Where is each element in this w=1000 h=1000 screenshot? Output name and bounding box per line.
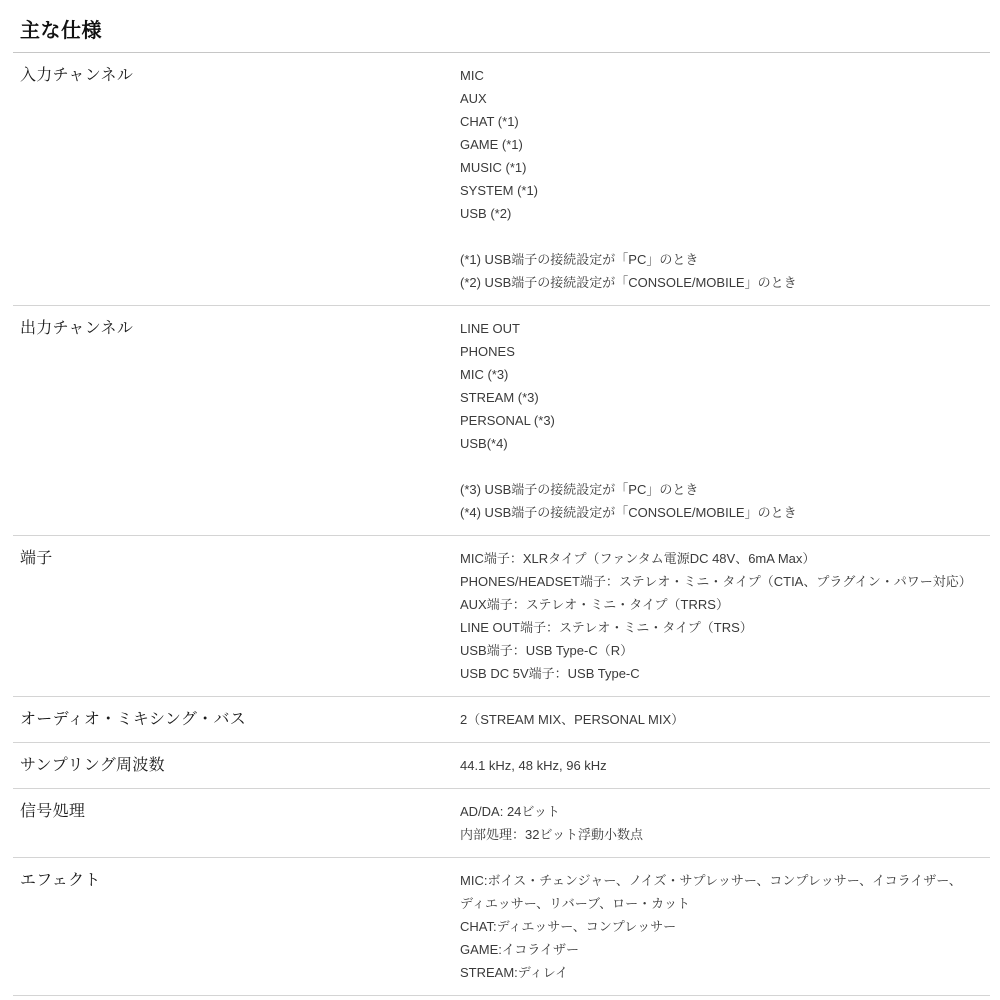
spec-table-row: エフェクト MIC:ボイス・チェンジャー、ノイズ・サプレッサー、コンプレッサー、… (13, 858, 990, 996)
spec-table: 入力チャンネル MICAUXCHAT (*1)GAME (*1)MUSIC (*… (13, 53, 990, 996)
page-title: 主な仕様 (13, 0, 990, 52)
spec-value-line: (*4) USB端子の接続設定が「CONSOLE/MOBILE」のとき (460, 501, 972, 524)
spec-table-row: 入力チャンネル MICAUXCHAT (*1)GAME (*1)MUSIC (*… (13, 53, 990, 306)
spec-table-row: オーディオ・ミキシング・バス 2（STREAM MIX、PERSONAL MIX… (13, 697, 990, 743)
spec-row-values: LINE OUTPHONESMIC (*3)STREAM (*3)PERSONA… (460, 317, 972, 524)
spec-row-values: 44.1 kHz, 48 kHz, 96 kHz (460, 754, 972, 777)
spec-value-line: PERSONAL (*3) (460, 409, 972, 432)
spec-value-line: MIC端子：XLRタイプ（ファンタム電源DC 48V、6mA Max） (460, 547, 972, 570)
spec-value-line: USB(*4) (460, 432, 972, 455)
spec-value-line: GAME (*1) (460, 133, 972, 156)
spec-row-label: 入力チャンネル (13, 64, 460, 87)
spec-value-line: PHONES (460, 340, 972, 363)
spec-value-line (460, 455, 972, 478)
spec-row-values: 2（STREAM MIX、PERSONAL MIX） (460, 708, 972, 731)
spec-value-line: (*2) USB端子の接続設定が「CONSOLE/MOBILE」のとき (460, 271, 972, 294)
spec-value-line: MIC:ボイス・チェンジャー、ノイズ・サプレッサー、コンプレッサー、イコライザー… (460, 869, 972, 915)
spec-value-line: CHAT:ディエッサー、コンプレッサー (460, 915, 972, 938)
spec-value-line: USB端子：USB Type-C（R） (460, 639, 972, 662)
spec-row-values: AD/DA: 24ビット内部処理：32ビット浮動小数点 (460, 800, 972, 846)
spec-row-label: サンプリング周波数 (13, 754, 460, 777)
spec-row-values: MIC:ボイス・チェンジャー、ノイズ・サプレッサー、コンプレッサー、イコライザー… (460, 869, 972, 984)
spec-value-line: 2（STREAM MIX、PERSONAL MIX） (460, 708, 972, 731)
spec-table-row: 出力チャンネル LINE OUTPHONESMIC (*3)STREAM (*3… (13, 306, 990, 536)
spec-value-line: AD/DA: 24ビット (460, 800, 972, 823)
spec-value-line: MUSIC (*1) (460, 156, 972, 179)
spec-row-label: オーディオ・ミキシング・バス (13, 708, 460, 731)
spec-row-label: 出力チャンネル (13, 317, 460, 340)
spec-value-line: 44.1 kHz, 48 kHz, 96 kHz (460, 754, 972, 777)
spec-value-line: AUX端子：ステレオ・ミニ・タイプ（TRRS） (460, 593, 972, 616)
spec-value-line: USB (*2) (460, 202, 972, 225)
spec-row-label: 端子 (13, 547, 460, 570)
spec-value-line: CHAT (*1) (460, 110, 972, 133)
spec-row-values: MIC端子：XLRタイプ（ファンタム電源DC 48V、6mA Max）PHONE… (460, 547, 972, 685)
spec-value-line: SYSTEM (*1) (460, 179, 972, 202)
spec-value-line: STREAM (*3) (460, 386, 972, 409)
spec-value-line: AUX (460, 87, 972, 110)
spec-row-label: エフェクト (13, 869, 460, 892)
spec-value-line: (*1) USB端子の接続設定が「PC」のとき (460, 248, 972, 271)
spec-row-values: MICAUXCHAT (*1)GAME (*1)MUSIC (*1)SYSTEM… (460, 64, 972, 294)
spec-row-label: 信号処理 (13, 800, 460, 823)
spec-section: 主な仕様 入力チャンネル MICAUXCHAT (*1)GAME (*1)MUS… (13, 0, 990, 996)
spec-value-line: LINE OUT端子：ステレオ・ミニ・タイプ（TRS） (460, 616, 972, 639)
spec-table-row: 信号処理 AD/DA: 24ビット内部処理：32ビット浮動小数点 (13, 789, 990, 858)
spec-value-line (460, 225, 972, 248)
spec-table-row: 端子 MIC端子：XLRタイプ（ファンタム電源DC 48V、6mA Max）PH… (13, 536, 990, 697)
spec-value-line: MIC (460, 64, 972, 87)
spec-value-line: GAME:イコライザー (460, 938, 972, 961)
spec-table-row: サンプリング周波数 44.1 kHz, 48 kHz, 96 kHz (13, 743, 990, 789)
spec-value-line: MIC (*3) (460, 363, 972, 386)
spec-value-line: PHONES/HEADSET端子：ステレオ・ミニ・タイプ（CTIA、プラグイン・… (460, 570, 972, 593)
spec-value-line: (*3) USB端子の接続設定が「PC」のとき (460, 478, 972, 501)
spec-value-line: USB DC 5V端子：USB Type-C (460, 662, 972, 685)
spec-value-line: 内部処理：32ビット浮動小数点 (460, 823, 972, 846)
spec-value-line: STREAM:ディレイ (460, 961, 972, 984)
spec-value-line: LINE OUT (460, 317, 972, 340)
